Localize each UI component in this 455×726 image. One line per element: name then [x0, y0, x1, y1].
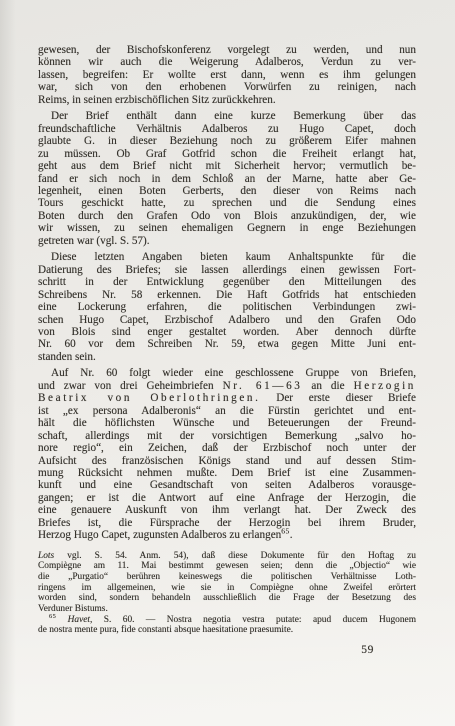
text-segment: Boten durch den Grafen Odo von Blois anz…	[38, 210, 416, 222]
text-segment: war, sich von den erhobenen Vorwürfen zu…	[38, 81, 416, 93]
text-line: und zwar von drei Geheimbriefen Nr. 61—6…	[38, 380, 416, 392]
text-segment: getreten war (vgl. S. 57).	[38, 235, 150, 247]
text-segment: Reims, in seinen erzbischöflichen Sitz z…	[38, 94, 276, 106]
text-segment: an die	[302, 380, 353, 392]
text-line: Compiègne am 11. Mai bestimmt gewesen se…	[38, 561, 416, 572]
text-line: Lots vgl. S. 54. Anm. 54), daß diese Dok…	[38, 551, 416, 562]
page-number: 59	[361, 644, 374, 656]
text-line: gangen; er ist die Antwort auf eine Anfr…	[38, 492, 416, 504]
text-segment: Aufsicht des französischen Königs stand …	[38, 455, 416, 467]
text-segment: lassen, begreifen: Er wollte erst dann, …	[38, 69, 416, 81]
footnotes-block: Lots vgl. S. 54. Anm. 54), daß diese Dok…	[38, 551, 416, 636]
text-line: lassen, begreifen: Er wollte erst dann, …	[38, 69, 416, 81]
text-line: de nostra mente pura, fide constanti abs…	[38, 625, 416, 636]
text-line: von Blois sind enger gestaltet worden. A…	[38, 326, 416, 338]
footnote-paragraph: Lots vgl. S. 54. Anm. 54), daß diese Dok…	[38, 551, 416, 615]
text-line: Der Brief enthält dann eine kurze Bemerk…	[38, 110, 416, 122]
text-segment: standen sein.	[38, 351, 96, 363]
text-line: fand er sich noch in dem Schloß an der M…	[38, 173, 416, 185]
text-segment	[56, 615, 67, 625]
text-line: Beatrix von Oberlothringen. Der erste di…	[38, 392, 416, 404]
text-segment: gewesen, der Bischofskonferenz vorgelegt…	[38, 44, 416, 56]
text-line: die „Purgatio“ berühren keineswegs die p…	[38, 572, 416, 583]
text-segment: Compiègne am 11. Mai bestimmt gewesen se…	[38, 561, 416, 571]
text-line: gewesen, der Bischofskonferenz vorgelegt…	[38, 44, 416, 56]
text-segment: nore regio“, ein Zeichen, daß der Erzbis…	[38, 442, 416, 454]
text-line: glaubte G. in dieser Beziehung noch zu g…	[38, 135, 416, 147]
text-line: Datierung des Briefes; sie lassen allerd…	[38, 264, 416, 276]
text-segment: und zwar von drei Geheimbriefen	[38, 380, 223, 392]
text-segment: vgl. S. 54. Anm. 54), daß diese Dokument…	[54, 551, 416, 561]
body-paragraph: Diese letzten Angaben bieten kaum Anhalt…	[38, 251, 416, 363]
text-segment: fand er sich noch in dem Schloß an der M…	[38, 173, 416, 185]
text-segment: Diese letzten Angaben bieten kaum Anhalt…	[51, 251, 416, 263]
text-line: schen Hugo Capet, Erzbischof Adalbero un…	[38, 314, 416, 326]
text-line: legenheit, einen Boten Gerberts, den die…	[38, 185, 416, 197]
text-segment: von Blois sind enger gestaltet worden. A…	[38, 326, 416, 338]
text-line: Tours geschickt hatte, zu sprechen und d…	[38, 197, 416, 209]
text-line: können wir auch die Weigerung Adalberos,…	[38, 56, 416, 68]
body-paragraph: Auf Nr. 60 folgt wieder eine geschlossen…	[38, 367, 416, 541]
text-segment: Der Brief enthält dann eine kurze Bemerk…	[51, 110, 416, 122]
text-line: schaft, allerdings mit der vorsichtigen …	[38, 430, 416, 442]
text-line: freundschaftliche Verhältnis Adalberos z…	[38, 123, 416, 135]
body-paragraph: gewesen, der Bischofskonferenz vorgelegt…	[38, 44, 416, 106]
text-segment: wir wissen, zu seinen ehemaligen Gegnern…	[38, 222, 416, 234]
main-text-block: gewesen, der Bischofskonferenz vorgelegt…	[38, 44, 416, 542]
text-segment: gangen; er ist die Antwort auf eine Anfr…	[38, 492, 416, 504]
text-column: gewesen, der Bischofskonferenz vorgelegt…	[38, 44, 416, 656]
text-line: standen sein.	[38, 351, 416, 363]
text-line: wir wissen, zu seinen ehemaligen Gegnern…	[38, 222, 416, 234]
text-segment: schritt in der Entwicklung gegenüber den…	[38, 276, 416, 288]
text-line: geht aus dem Brief nicht mit Sicherheit …	[38, 160, 416, 172]
text-line: getreten war (vgl. S. 57).	[38, 235, 416, 247]
text-segment: Tours geschickt hatte, zu sprechen und d…	[38, 197, 416, 209]
text-segment: Auf Nr. 60 folgt wieder eine geschlossen…	[51, 367, 416, 379]
text-segment: kunft und eine Gesandtschaft von seiten …	[38, 479, 416, 491]
text-line: ist „ex persona Adalberonis“ an die Fürs…	[38, 405, 416, 417]
text-segment: Der erste dieser Briefe	[261, 392, 416, 404]
text-segment: Nr. 61—63	[223, 380, 303, 392]
text-segment: können wir auch die Weigerung Adalberos,…	[38, 56, 416, 68]
text-line: 65 Havet, S. 60. — Nostra negotia vestra…	[38, 615, 416, 626]
text-line: Verduner Bistums.	[38, 604, 416, 615]
text-segment: Herzog Hugo Capet, zugunsten Adalberos z…	[38, 529, 281, 541]
text-segment: die „Purgatio“ berühren keineswegs die p…	[38, 572, 416, 582]
text-segment: zu müssen. Ob Graf Gotfrid schon die Fre…	[38, 148, 416, 160]
text-segment: schaft, allerdings mit der vorsichtigen …	[38, 430, 416, 442]
text-segment: mung Rücksicht nehmen mußte. Dem Brief i…	[38, 467, 416, 479]
text-line: Schreibens Nr. 58 erkennen. Die Haft Got…	[38, 289, 416, 301]
text-segment: eine Lockerung erfahren, die politischen…	[38, 301, 416, 313]
text-segment: Beatrix von Oberlothringen.	[38, 392, 261, 404]
footnote-paragraph: 65 Havet, S. 60. — Nostra negotia vestra…	[38, 615, 416, 636]
text-segment: de nostra mente pura, fide constanti abs…	[38, 625, 293, 635]
text-segment: .	[290, 529, 293, 541]
page-number-row: 59	[38, 644, 416, 656]
text-line: Herzog Hugo Capet, zugunsten Adalberos z…	[38, 529, 416, 541]
text-line: war, sich von den erhobenen Vorwürfen zu…	[38, 81, 416, 93]
text-segment: ist „ex persona Adalberonis“ an die Fürs…	[38, 405, 416, 417]
text-segment: Nr. 60 vor dem Schreiben Nr. 59, etwa ge…	[38, 338, 416, 350]
text-line: hält die höflichsten Wünsche und Beteuer…	[38, 417, 416, 429]
text-line: zu müssen. Ob Graf Gotfrid schon die Fre…	[38, 148, 416, 160]
text-segment: geht aus dem Brief nicht mit Sicherheit …	[38, 160, 416, 172]
text-segment: legenheit, einen Boten Gerberts, den die…	[38, 185, 416, 197]
text-line: Briefes ist, die Fürsprache der Herzogin…	[38, 517, 416, 529]
text-line: schritt in der Entwicklung gegenüber den…	[38, 276, 416, 288]
text-line: eine Lockerung erfahren, die politischen…	[38, 301, 416, 313]
text-segment: , S. 60. — Nostra negotia vestra putate:…	[90, 615, 416, 625]
text-segment: Havet	[68, 615, 90, 625]
text-line: worden sind, sondern behandeln ausschlie…	[38, 593, 416, 604]
text-segment: glaubte G. in dieser Beziehung noch zu g…	[38, 135, 416, 147]
text-segment: hält die höflichsten Wünsche und Beteuer…	[38, 417, 416, 429]
text-line: Boten durch den Grafen Odo von Blois anz…	[38, 210, 416, 222]
text-line: kunft und eine Gesandtschaft von seiten …	[38, 479, 416, 491]
text-segment: ringens im allgemeinen, wie sie in Compi…	[38, 583, 416, 593]
text-segment: Briefes ist, die Fürsprache der Herzogin…	[38, 517, 416, 529]
text-line: Aufsicht des französischen Königs stand …	[38, 455, 416, 467]
text-line: ringens im allgemeinen, wie sie in Compi…	[38, 583, 416, 594]
text-segment: eine genauere Auskunft von ihm verlangt …	[38, 504, 416, 516]
book-page: gewesen, der Bischofskonferenz vorgelegt…	[0, 0, 455, 726]
text-line: Auf Nr. 60 folgt wieder eine geschlossen…	[38, 367, 416, 379]
text-segment: freundschaftliche Verhältnis Adalberos z…	[38, 123, 416, 135]
text-segment: schen Hugo Capet, Erzbischof Adalbero un…	[38, 314, 416, 326]
body-paragraph: Der Brief enthält dann eine kurze Bemerk…	[38, 110, 416, 247]
text-segment: Schreibens Nr. 58 erkennen. Die Haft Got…	[38, 289, 416, 301]
text-segment: Herzogin	[354, 380, 416, 392]
text-segment: Lots	[38, 551, 54, 561]
text-line: Diese letzten Angaben bieten kaum Anhalt…	[38, 251, 416, 263]
text-line: eine genauere Auskunft von ihm verlangt …	[38, 504, 416, 516]
text-line: nore regio“, ein Zeichen, daß der Erzbis…	[38, 442, 416, 454]
text-line: Nr. 60 vor dem Schreiben Nr. 59, etwa ge…	[38, 338, 416, 350]
text-line: Reims, in seinen erzbischöflichen Sitz z…	[38, 94, 416, 106]
text-segment: worden sind, sondern behandeln ausschlie…	[38, 593, 416, 603]
text-segment: Datierung des Briefes; sie lassen allerd…	[38, 264, 416, 276]
text-line: mung Rücksicht nehmen mußte. Dem Brief i…	[38, 467, 416, 479]
footnote-marker: 65	[281, 526, 289, 535]
